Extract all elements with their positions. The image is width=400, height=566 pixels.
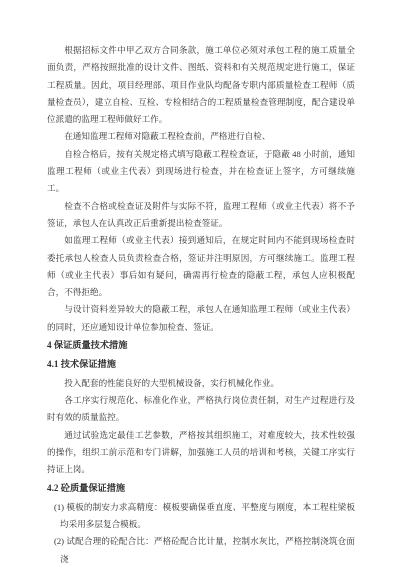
paragraph-process-parameters: 通过试验选定最佳工艺参数，严格按其组织施工，对难度较大，技术性较强的操作，组织工…	[47, 427, 355, 479]
section-heading-4-1: 4.1 技术保证措施	[47, 356, 355, 373]
paragraph-self-inspection-notice: 在通知监理工程师对隐蔽工程检查前，严格进行自检、	[47, 128, 355, 145]
list-item-concrete-mix: (2) 试配合理的砼配合比：严格砼配合比计量，控制水灰比，严格控制浇筑仓面浇	[60, 533, 355, 566]
paragraph-machinery: 投入配套的性能良好的大型机械设备，实行机械化作业。	[47, 375, 355, 392]
paragraph-quality-responsibility: 根据招标文件中甲乙双方合同条款，施工单位必须对承包工程的施工质量全面负责，严格按…	[47, 42, 355, 128]
list-item-formwork: (1) 模板的制安力求高精度：模板要确保垂直度、平整度与刚度，本工程柱梁板均采用…	[60, 499, 355, 534]
section-heading-4-2: 4.2 砼质量保证措施	[47, 480, 355, 497]
paragraph-supervisor-delegation: 如监理工程师（或业主代表）接到通知后，在规定时间内不能到现场检查时委托承包人检查…	[47, 232, 355, 301]
section-heading-4: 4 保证质量技术措施	[47, 337, 355, 354]
paragraph-standardized-operation: 各工序实行规范化、标准化作业，严格执行岗位责任制，对生产过程进行及时有效的质量监…	[47, 392, 355, 427]
paragraph-design-deviation: 与设计资料差异较大的隐蔽工程，承包人在通知监理工程师（或业主代表）的同时，还应通…	[47, 301, 355, 336]
document-page: 根据招标文件中甲乙双方合同条款，施工单位必须对承包工程的施工质量全面负责，严格按…	[0, 0, 400, 566]
paragraph-failed-inspection: 检查不合格或检查证及附件与实际不符，监理工程师（或业主代表）将不予签证，承包人在…	[47, 198, 355, 233]
paragraph-inspection-certificate: 自检合格后，按有关规定格式填写隐蔽工程检查证，于隐蔽 48 小时前，通知监理工程…	[47, 146, 355, 198]
